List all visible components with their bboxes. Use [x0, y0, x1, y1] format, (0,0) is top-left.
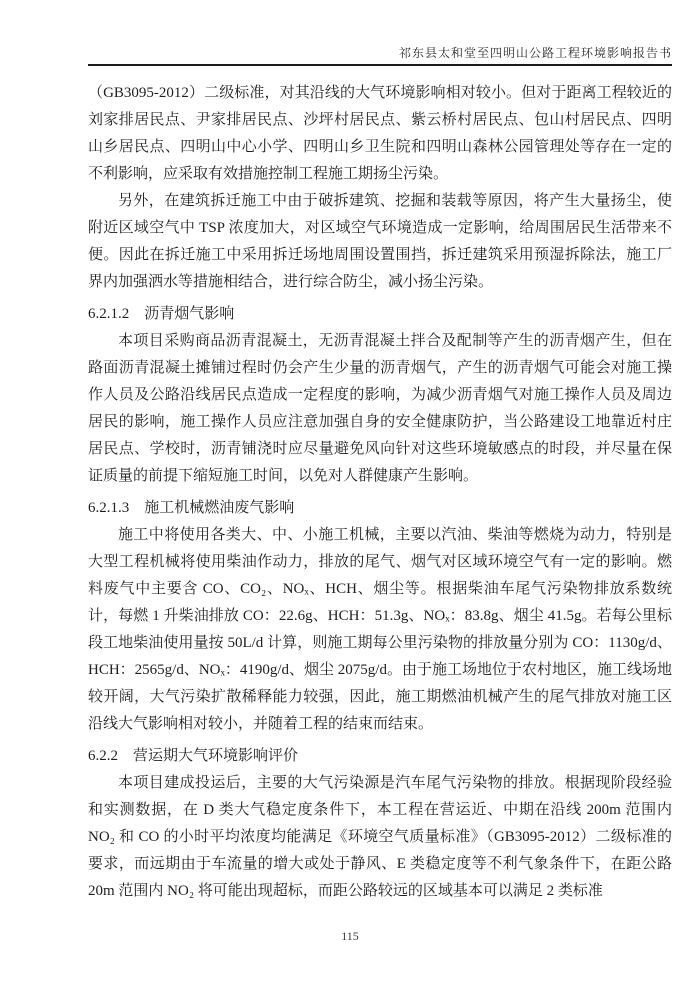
paragraph-operation-period-impact: 本项目建成投运后，主要的大气污染源是汽车尾气污染物的排放。根据现阶段经验和实测数… — [88, 770, 672, 905]
document-body: （GB3095-2012）二级标准，对其沿线的大气环境影响相对较小。但对于距离工… — [88, 80, 672, 905]
report-title: 祁东县太和堂至四明山公路工程环境影响报告书 — [399, 46, 672, 60]
header-rule — [88, 64, 672, 66]
running-header: 祁东县太和堂至四明山公路工程环境影响报告书 — [88, 44, 672, 61]
paragraph-machinery-exhaust-impact: 施工中将使用各类大、中、小施工机械，主要以汽油、柴油等燃烧为动力，特别是大型工程… — [88, 522, 672, 738]
heading-6-2-1-2-asphalt-fume: 6.2.1.2 沥青烟气影响 — [88, 301, 672, 328]
page-number: 115 — [341, 929, 359, 943]
paragraph-demolition-dust: 另外，在建筑拆迁施工中由于破拆建筑、挖掘和装载等原因，将产生大量扬尘，使附近区域… — [88, 188, 672, 296]
paragraph-air-impact-sensitive-points: （GB3095-2012）二级标准，对其沿线的大气环境影响相对较小。但对于距离工… — [88, 80, 672, 188]
page-footer: 115 — [0, 929, 700, 944]
paragraph-asphalt-fume-impact: 本项目采购商品沥青混凝土，无沥青混凝土拌合及配制等产生的沥青烟产生，但在路面沥青… — [88, 328, 672, 490]
document-page: 祁东县太和堂至四明山公路工程环境影响报告书 （GB3095-2012）二级标准，… — [0, 0, 700, 990]
heading-6-2-2-operation-period: 6.2.2 营运期大气环境影响评价 — [88, 743, 672, 770]
heading-6-2-1-3-machinery-exhaust: 6.2.1.3 施工机械燃油废气影响 — [88, 495, 672, 522]
